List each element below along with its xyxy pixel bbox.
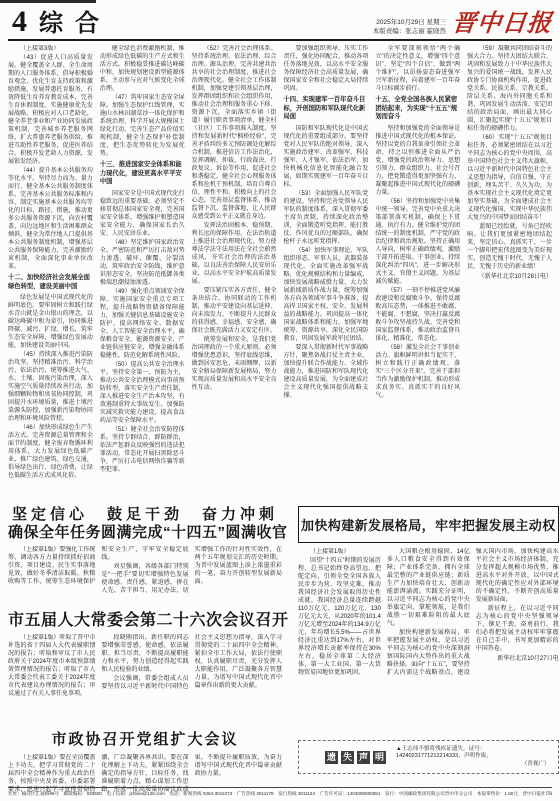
headline-peoples-congress: 市五届人大常委会第二十六次会议召开 bbox=[8, 607, 282, 630]
paragraph: （58）激发全社会干事创业活力。旗帜鲜明讲担当促实干，树立和践行正确政绩观，落实… bbox=[375, 344, 460, 400]
paragraph: （49）强化重点领域安全保障。实施国家安全重点专项工程，提升战略物资储备保障能力… bbox=[100, 288, 185, 360]
paragraph: （48）坚定维护国家政治安全。严密防范和严厉打击敌对势力渗透、破坏、颠覆、分裂活… bbox=[100, 239, 185, 287]
paragraph: （52）完善社会治理体系。坚持系统治理、依法治理、综合治理、源头治理，完善共建共… bbox=[192, 45, 277, 221]
lost-title-char: 遗 bbox=[325, 751, 338, 764]
paragraph: （50）提高公共安全治理水平。坚持安全第一、预防为主，推动公共安全治理模式向事前… bbox=[100, 361, 185, 425]
imprint-footer: 社址：榆次区汇通路96号 邮政编码：030600 电子信箱：jzrbxw@126… bbox=[8, 787, 552, 797]
paragraph: 新华社北京10月27日电 bbox=[476, 655, 559, 663]
headline-confidence-line1: 坚定信心 鼓足干劲 奋力冲刺 bbox=[8, 506, 282, 524]
paragraph: 绿色发展是中国式现代化的鲜明底色。要牢固树立和践行绿水青山就是金山银山的理念，以… bbox=[8, 294, 93, 350]
paragraph: 蓝图已经绘就，号角已经吹响。让我们更加紧密地团结起来，坚定信心、真抓实干，一步一… bbox=[467, 223, 552, 271]
paragraph: （57）一刻不停推进党风廉政建设和反腐败斗争。保持反腐败高压态势，一体推进不敢腐… bbox=[375, 287, 460, 343]
editors-line: 本版责编：张志丽 霍晓然 bbox=[373, 27, 446, 36]
paragraph: （46）加快形成绿色生产生活方式。完善资源总量管理和全面节约制度，健全废弃物循环… bbox=[8, 424, 93, 480]
paragraph: （上接第3版） bbox=[8, 45, 93, 53]
paragraph: （54）加快军事理论、军队组织形态、军事人员、武器装备现代化。全面实施改革强军战… bbox=[283, 247, 368, 343]
lost-notice-title: 遗 失 声 明 bbox=[325, 751, 386, 764]
plenum-column-2: 健全绿色消费激励机制，推动形成绿色低碳的生产方式和生活方式。积极稳妥推进碳达峰碳… bbox=[100, 45, 185, 504]
lost-notice-text: ▲王志伟不慎将残疾证遗失，证号：14240231771212214333，声明作… bbox=[396, 746, 550, 769]
paragraph: （60）实现“十五五”规划目标任务，必须紧密团结在以习近平同志为核心的党中央周围… bbox=[467, 134, 552, 222]
paragraph: （56）坚持和加强党中央集中统一领导。完善党中央重大决策部署落实机制，确保上下贯… bbox=[375, 198, 460, 286]
plenum-column-4: 要加强组织领导，压实工作责任，强化协同配合，推动各项任务落地见效，以高水平安全服… bbox=[283, 45, 368, 504]
paragraph: 大国粮仓根基稳固，14亿多人口粮食安全得到有效保障；产业体系完备，拥有全球最完整… bbox=[387, 548, 470, 628]
paragraph: 要深入贯彻新时代军事战略方针，聚焦备战打仗主责主业，加快提升联合作战能力、全域作… bbox=[283, 344, 368, 400]
paragraph: 要压紧压实各方责任，健全条块结合、协同联动的工作机制，推动平安建设向基层延伸、向… bbox=[192, 287, 277, 335]
article-peoples-congress-body: （上接第1版）听取了晋中市补选的省十四届人大代表履职情况的报告；听取和审议了市人… bbox=[8, 634, 282, 716]
paragraph: 要加强组织领导，压实工作责任，强化协同配合，推动各项任务落地见效，以高水平安全服… bbox=[283, 45, 368, 93]
paragraph: （53）全面加强人民军队党的建设。坚持和完善党领导人民军队的制度体系，深入贯彻军… bbox=[283, 190, 368, 246]
fold-mark bbox=[0, 0, 96, 3]
newspaper-page: 4 综合 2025年10月29日 星期三 本版责编：张志丽 霍晓然 晋中日报 （… bbox=[0, 0, 560, 801]
plenum-column-3: （52）完善社会治理体系。坚持系统治理、依法治理、综合治理、源头治理，完善共建共… bbox=[192, 45, 277, 504]
newspaper-logo: 晋中日报 bbox=[451, 11, 554, 37]
lost-title-char: 失 bbox=[341, 751, 354, 764]
plenum-column-6: （59）凝聚共同团结奋斗的强大合力。坚持大团结大联合，巩固和发展致力于中华民族伟… bbox=[467, 45, 552, 504]
article-development-body: （上接第1版）回望“十四五”时期的发展历程，总书记始终登高望远、把舵定向，引领全… bbox=[298, 548, 559, 734]
paragraph: 全军要深刻领悟“两个确立”的决定性意义，增强“四个意识”、坚定“四个自信”、做到… bbox=[375, 45, 460, 93]
lost-title-char: 明 bbox=[373, 751, 386, 764]
masthead-meta: 2025年10月29日 星期三 本版责编：张志丽 霍晓然 bbox=[373, 18, 446, 37]
bottom-left-column: 坚定信心 鼓足干劲 奋力冲刺 确保全年任务圆满完成“十四五”圆满收官 （上接第1… bbox=[8, 506, 282, 786]
plenum-document: （上接第3版）（43）促进人口高质量发展。健全覆盖全人群、全生命周期的人口服务体… bbox=[8, 45, 552, 504]
date-line: 2025年10月29日 星期三 bbox=[373, 18, 446, 27]
bottom-right-column: 加快构建新发展格局，牢牢把握发展主动权 （上接第1版）回望“十四五”时期的发展历… bbox=[298, 506, 559, 786]
masthead-rule bbox=[8, 39, 552, 41]
masthead: 4 综合 2025年10月29日 星期三 本版责编：张志丽 霍晓然 晋中日报 bbox=[12, 5, 552, 37]
paragraph: 回望“十四五”时期的发展历程，总书记始终登高望远、把舵定向，引领全党全国各族人民… bbox=[298, 557, 381, 677]
paragraph: 健全绿色消费激励机制，推动形成绿色低碳的生产方式和生活方式。积极稳妥推进碳达峰碳… bbox=[100, 45, 185, 93]
paragraph: （47）筑牢国家生态安全屏障。加强生态保护红线管理，实施山水林田湖草沙一体化保护… bbox=[100, 94, 185, 158]
paragraph: （上接第1版）听取了晋中市补选的省十四届人大代表履职情况的报告；听取和审议了市人… bbox=[8, 634, 95, 698]
paragraph: 统筹发展和安全，是我们党治国理政的一个重大原则。必须增强忧患意识，坚持底线思维，… bbox=[192, 336, 277, 392]
bottom-region: 坚定信心 鼓足干劲 奋力冲刺 确保全年任务圆满完成“十四五”圆满收官 （上接第1… bbox=[8, 506, 552, 786]
paragraph: 国家安全是中国式现代化行稳致远的重要基础。必须坚定不移贯彻总体国家安全观，完善国… bbox=[100, 190, 185, 238]
paragraph: （44）提升基本公共服务均等化水平。坚持尽力而为、量力而行，健全基本公共服务制度… bbox=[8, 167, 93, 271]
paragraph: （45）持续深入推进污染防治攻坚。坚持精准治污、科学治污、依法治污，统筹推进大气… bbox=[8, 351, 93, 423]
paragraph: 坚持和加强党的全面领导是推进中国式现代化的根本保证。坚持以党的自我革命引领社会革… bbox=[375, 125, 460, 197]
section-heading: 十五、全党全国各族人民紧密团结起来，为实现“十五五”规划而奋斗 bbox=[375, 96, 460, 122]
lost-notice-body: ▲王志伟不慎将残疾证遗失，证号：14240231771212214333，声明作… bbox=[396, 746, 550, 761]
lost-title-char: 声 bbox=[357, 751, 370, 764]
paragraph: （新华社北京10月28日电） bbox=[467, 273, 552, 281]
paragraph: 发挥法治固根本、稳预期、利长远的保障作用，在法治轨道上推进社会治理现代化，努力使… bbox=[192, 222, 277, 286]
lost-notice-source: （晋视广） bbox=[396, 761, 550, 769]
page-number: 4 bbox=[12, 7, 27, 37]
section-heading: 十四、实现建军一百年奋斗目标，开创国防和军队现代化新局面 bbox=[283, 96, 368, 122]
section-title: 综合 bbox=[39, 11, 111, 37]
headline-cppcc-meeting: 市政协召开党组扩大会议 bbox=[8, 728, 282, 749]
headline-confidence-line2: 确保全年任务圆满完成“十四五”圆满收官 bbox=[8, 524, 282, 542]
paragraph: （59）凝聚共同团结奋斗的强大合力。坚持大团结大联合，巩固和发展致力于中华民族伟… bbox=[467, 45, 552, 133]
paragraph: （43）促进人口高质量发展。健全覆盖全人群、全生命周期的人口服务体系，倡导积极婚… bbox=[8, 54, 93, 166]
paragraph: （上接第1版） bbox=[298, 548, 381, 556]
headline-development-pattern: 加快构建新发展格局，牢牢把握发展主动权 bbox=[298, 506, 559, 543]
paragraph: 国防和军队现代化是中国式现代化的重要组成部分。要坚持党对人民军队的绝对领导，深入… bbox=[283, 125, 368, 189]
plenum-column-5: 全军要深刻领悟“两个确立”的决定性意义，增强“四个意识”、坚定“四个自信”、做到… bbox=[375, 45, 460, 504]
article-confidence-body: （上接第1版）要强化工作统筹，调动各方力量持续抓好招商引资、项目建设、民生实事落… bbox=[8, 546, 282, 598]
section-heading: 十三、推进国家安全体系和能力现代化，建设更高水平平安中国 bbox=[100, 161, 185, 187]
paragraph: 新征程上，在以习近平同志为核心的党中央坚强领导下，铆足干劲、奋勇前行，我们必将把… bbox=[476, 605, 559, 653]
plenum-column-1: （上接第3版）（43）促进人口高质量发展。健全覆盖全人群、全生命周期的人口服务体… bbox=[8, 45, 93, 504]
paragraph: （51）健全社会治安防控体系。坚持专群结合、群防群治，依法严惩群众反映强烈的违法… bbox=[100, 426, 185, 474]
section-heading: 十二、加快经济社会发展全面绿色转型，建设美丽中国 bbox=[8, 274, 93, 291]
paragraph: 段晓刚指出，新任职的同志要增强荣誉感、使命感，依法履职、担当尽责，不断提高履职能… bbox=[101, 634, 188, 674]
lost-notice-box: 遗 失 声 明 ▲王志伟不慎将残疾证遗失，证号：1424023177121221… bbox=[298, 740, 559, 774]
